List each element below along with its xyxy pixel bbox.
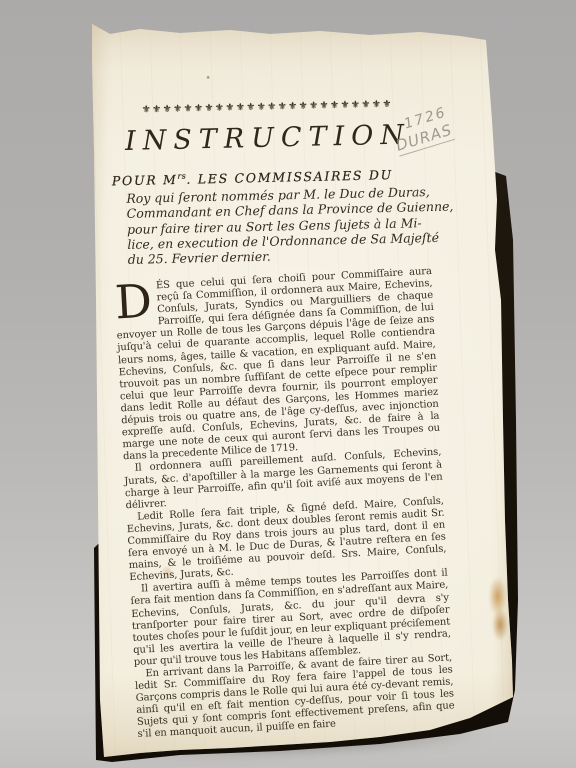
- scene: ⚜⚜⚜⚜⚜⚜⚜⚜⚜⚜⚜⚜⚜⚜⚜⚜⚜⚜⚜⚜⚜⚜⚜⚜ INSTRUCTION POU…: [0, 0, 576, 768]
- heading-post: . LES COMMISSAIRES DU: [186, 167, 393, 187]
- heading-superscript: rs: [177, 172, 186, 181]
- document-title: INSTRUCTION: [111, 120, 426, 157]
- lead-paragraph: DÉS que celui qui ſera choiſi pour Commi…: [114, 266, 441, 464]
- paragraph-5: En arrivant dans la Parroiſſe, & avant d…: [134, 653, 455, 742]
- ornament-border-row: ⚜⚜⚜⚜⚜⚜⚜⚜⚜⚜⚜⚜⚜⚜⚜⚜⚜⚜⚜⚜⚜⚜⚜⚜: [110, 98, 424, 117]
- drop-cap-initial: D: [114, 281, 158, 321]
- heading-pre: POUR M: [112, 172, 178, 188]
- body-text: DÉS que celui qui ſera choiſi pour Commi…: [114, 266, 456, 742]
- printed-content: ⚜⚜⚜⚜⚜⚜⚜⚜⚜⚜⚜⚜⚜⚜⚜⚜⚜⚜⚜⚜⚜⚜⚜⚜ INSTRUCTION POU…: [82, 12, 531, 764]
- subtitle-block: Roy qui ſeront nommés par M. le Duc de D…: [126, 184, 428, 267]
- photo-canvas: { "photo": { "background_top_color": "#a…: [0, 0, 576, 768]
- lead-paragraph-text: ÉS que celui qui ſera choiſi pour Commiſ…: [116, 266, 440, 463]
- document-paper: ⚜⚜⚜⚜⚜⚜⚜⚜⚜⚜⚜⚜⚜⚜⚜⚜⚜⚜⚜⚜⚜⚜⚜⚜ INSTRUCTION POU…: [85, 18, 517, 760]
- paper-edge-stain: [487, 576, 511, 640]
